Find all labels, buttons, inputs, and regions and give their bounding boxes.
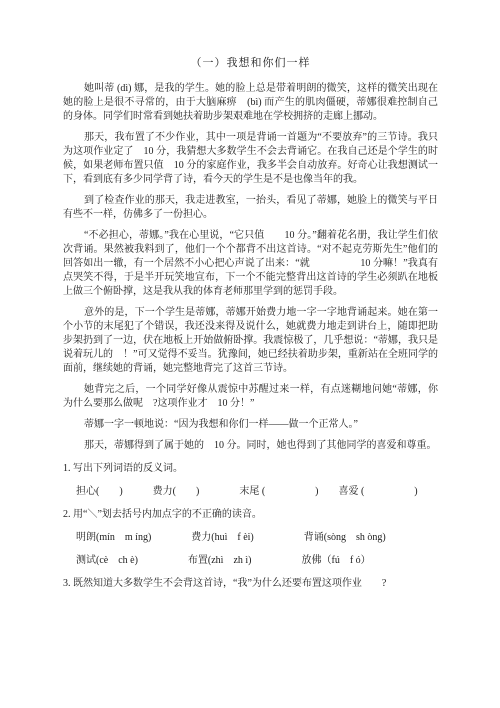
story-paragraph-1: 她叫蒂 (dì) 娜，是我的学生。她的脸上总是带着明朗的微笑，这样的微笑出现在她… [63,82,438,124]
story-paragraph-2: 那天，我布置了不少作业，其中一项是背诵一首题为“不要放弃”的三节诗。我只为这项作… [63,131,438,187]
question-2-pinyin-row-2: 测试(cè ch è) 布置(zhì zh ì) 放佛（fú f ó） [63,554,438,568]
question-1-label: 1. 写出下列词语的反义词。 [63,462,438,476]
question-2-pinyin-row-1: 明朗(mín m íng) 费力(huì f èi) 背诵(sòng sh òn… [63,531,438,545]
story-paragraph-4: “不必担心，蒂娜。”我在心里说，“它只值 10 分。”翻着花名册，我让学生们依次… [63,229,438,299]
question-2-label: 2. 用“＼”划去括号内加点字的不正确的读音。 [63,508,438,522]
page-title: （一）我想和你们一样 [63,56,438,70]
story-paragraph-7: 蒂娜一字一顿地说：“因为我想和你们一样——做一个正常人。” [63,418,438,432]
story-paragraph-8: 那天，蒂娜得到了属于她的 10 分。同时，她也得到了其他同学的喜爱和尊重。 [63,439,438,453]
story-paragraph-3: 到了检查作业的那天，我走进教室，一抬头，看见了蒂娜，她脸上的微笑与平日有些不一样… [63,194,438,222]
question-1-antonym-blanks: 担心( ) 费力( ) 末尾 ( ) 喜爱 ( ) [63,485,438,499]
questions-section: 1. 写出下列词语的反义词。 担心( ) 费力( ) 末尾 ( ) 喜爱 ( )… [63,462,438,591]
story-paragraph-6: 她背完之后，一个同学好像从震惊中苏醒过来一样，有点迷糊地问她“蒂娜，你为什么要那… [63,383,438,411]
question-3-label: 3. 既然知道大多数学生不会背这首诗，“我”为什么还要布置这项作业 ? [63,577,438,591]
worksheet-page: （一）我想和你们一样 她叫蒂 (dì) 娜，是我的学生。她的脸上总是带着明朗的微… [0,0,500,708]
story-paragraph-5: 意外的是，下一个学生是蒂娜，蒂娜开始费力地一字一字地背诵起来。她在第一个小节的末… [63,306,438,376]
